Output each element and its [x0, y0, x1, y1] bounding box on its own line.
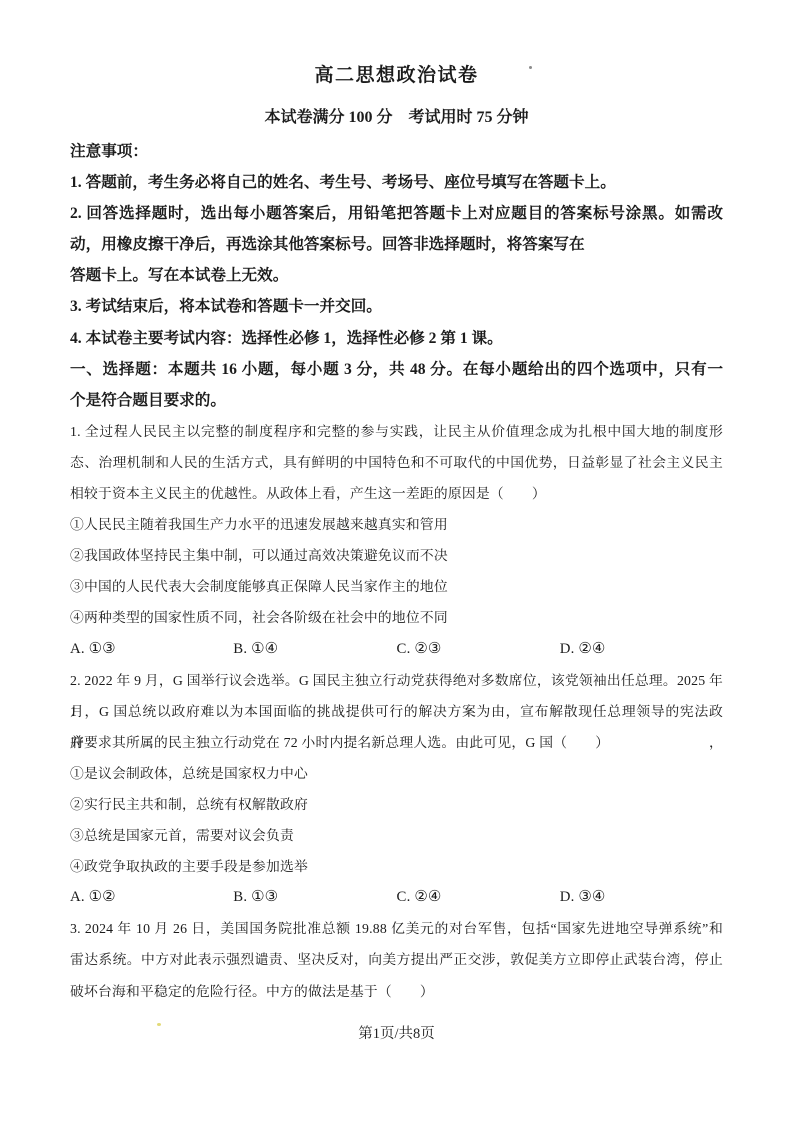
notice-item-2-line-2: 动，用橡皮擦干净后，再选涂其他答案标号。回答非选择题时，将答案写在: [70, 229, 723, 260]
choice-c: C. ②④: [397, 882, 560, 913]
question-2-statement-3: ③总统是国家元首，需要对议会负责: [70, 820, 723, 851]
question-3-line-1: 3. 2024 年 10 月 26 日，美国国务院批准总额 19.88 亿美元的…: [70, 913, 723, 944]
page-subtitle: 本试卷满分 100 分 考试用时 75 分钟: [0, 104, 793, 127]
choice-a: A. ①②: [70, 882, 233, 913]
question-1-choices: A. ①③ B. ①④ C. ②③ D. ②④: [70, 634, 723, 665]
choice-c: C. ②③: [397, 634, 560, 665]
question-1-statement-1: ①人民民主随着我国生产力水平的迅速发展越来越真实和管用: [70, 509, 723, 540]
document-body: 注意事项： 1. 答题前，考生务必将自己的姓名、考生号、考场号、座位号填写在答题…: [70, 136, 723, 1007]
notice-item-2-line-3: 答题卡上。写在本试卷上无效。: [70, 260, 723, 291]
question-1-line-3: 相较于资本主义民主的优越性。从政体上看，产生这一差距的原因是（ ）: [70, 478, 723, 509]
notice-heading: 注意事项：: [70, 136, 723, 167]
question-2-line-2: 月，G 国总统以政府难以为本国面临的挑战提供可行的解决方案为由，宣布解散现任总理…: [70, 696, 723, 727]
question-2-statement-2: ②实行民主共和制，总统有权解散政府: [70, 789, 723, 820]
notice-item-1: 1. 答题前，考生务必将自己的姓名、考生号、考场号、座位号填写在答题卡上。: [70, 167, 723, 198]
question-2-choices: A. ①② B. ①③ C. ②④ D. ③④: [70, 882, 723, 913]
question-1-line-2: 态、治理机制和人民的生活方式，具有鲜明的中国特色和不可取代的中国优势，日益彰显了…: [70, 447, 723, 478]
question-2-statement-1: ①是议会制政体，总统是国家权力中心: [70, 758, 723, 789]
exam-paper-page: 高二思想政治试卷 本试卷满分 100 分 考试用时 75 分钟 注意事项： 1.…: [0, 0, 793, 1122]
question-1-line-1: 1. 全过程人民民主以完整的制度程序和完整的参与实践，让民主从价值理念成为扎根中…: [70, 416, 723, 447]
section-header-line-2: 个是符合题目要求的。: [70, 385, 723, 416]
question-1-statement-3: ③中国的人民代表大会制度能够真正保障人民当家作主的地位: [70, 571, 723, 602]
question-3-line-2: 雷达系统。中方对此表示强烈谴责、坚决反对，向美方提出严正交涉，敦促美方立即停止武…: [70, 944, 723, 975]
scan-artifact-dot: [529, 66, 532, 69]
section-header-line-1: 一、选择题：本题共 16 小题，每小题 3 分，共 48 分。在每小题给出的四个…: [70, 354, 723, 385]
question-3-line-3: 破坏台海和平稳定的危险行径。中方的做法是基于（ ）: [70, 976, 723, 1007]
notice-item-4: 4. 本试卷主要考试内容：选择性必修 1，选择性必修 2 第 1 课。: [70, 323, 723, 354]
page-title: 高二思想政治试卷: [0, 60, 793, 87]
choice-d: D. ②④: [560, 634, 723, 665]
question-2-line-1: 2. 2022 年 9 月，G 国举行议会选举。G 国民主独立行动党获得绝对多数…: [70, 665, 723, 696]
question-1-statement-2: ②我国政体坚持民主集中制，可以通过高效决策避免议而不决: [70, 540, 723, 571]
page-number-footer: 第1页/共8页: [0, 1022, 793, 1043]
notice-item-3: 3. 考试结束后，将本试卷和答题卡一并交回。: [70, 291, 723, 322]
question-1-statement-4: ④两种类型的国家性质不同，社会各阶级在社会中的地位不同: [70, 602, 723, 633]
choice-b: B. ①④: [233, 634, 396, 665]
choice-a: A. ①③: [70, 634, 233, 665]
notice-item-2-line-1: 2. 回答选择题时，选出每小题答案后，用铅笔把答题卡上对应题目的答案标号涂黑。如…: [70, 198, 723, 229]
choice-d: D. ③④: [560, 882, 723, 913]
question-2-statement-4: ④政党争取执政的主要手段是参加选举: [70, 851, 723, 882]
choice-b: B. ①③: [233, 882, 396, 913]
